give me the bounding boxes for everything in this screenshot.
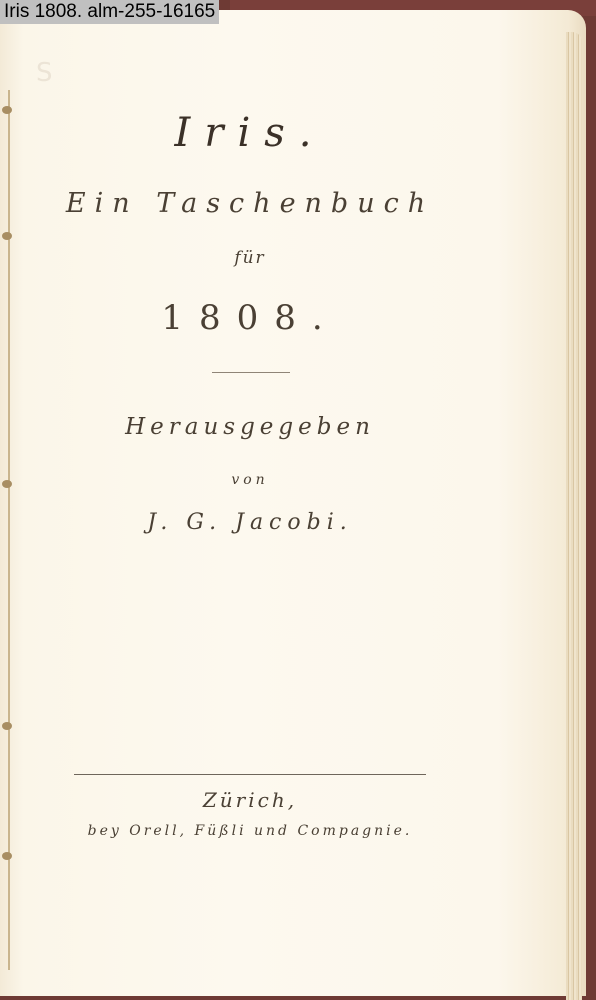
by-word: von [0, 472, 500, 488]
book-title: Iris. [0, 110, 500, 156]
editor-name: J. G. Jacobi. [0, 510, 500, 535]
divider-short [212, 372, 290, 373]
binding-stitch [2, 722, 12, 730]
publication-year: 1808. [0, 298, 500, 338]
title-page: S Iris. Ein Taschenbuch für 1808. Heraus… [0, 10, 586, 996]
publisher: bey Orell, Füßli und Compagnie. [0, 823, 500, 839]
page-edges [566, 32, 582, 1000]
divider-long [74, 774, 426, 775]
editor-label: Herausgegeben [0, 414, 500, 440]
binding-stitch [2, 232, 12, 240]
watermark-letter: S [36, 58, 53, 88]
for-word: für [0, 248, 500, 268]
book-subtitle: Ein Taschenbuch [0, 188, 500, 219]
image-caption: Iris 1808. alm-255-16165 [0, 0, 219, 24]
publication-place: Zürich, [0, 788, 500, 812]
binding-stitch [2, 852, 12, 860]
